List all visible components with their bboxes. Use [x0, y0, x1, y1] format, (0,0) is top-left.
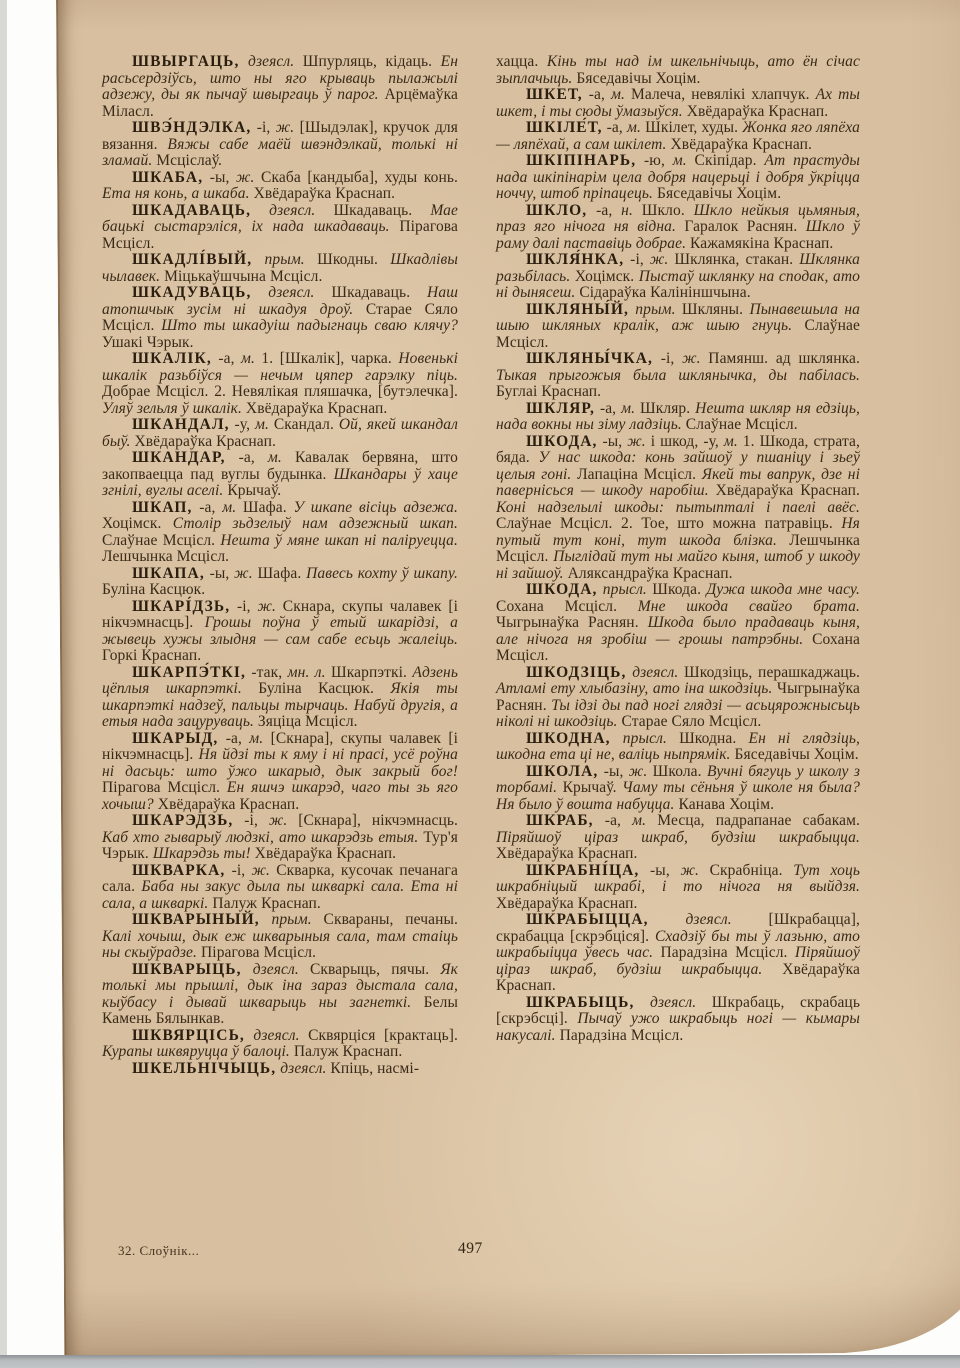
definition-text: Шклянка, стакан.	[668, 251, 799, 268]
definition-text: Шафа.	[236, 499, 293, 516]
definition-text: Шкодны.	[305, 251, 390, 268]
definition-text: Бяседавічы Хоцім.	[731, 746, 859, 763]
definition-text: Старае Сяло Мсцісл.	[618, 713, 762, 730]
definition-text: Гаралок Раснян.	[676, 218, 806, 235]
example-text: Каб хто гыварыў людзкі, ато шкарэдзь еты…	[102, 829, 418, 846]
example-text: Мне шкода свайго брата.	[638, 598, 860, 615]
dictionary-entry: ШКВАРЫЦЬ, дзеясл. Скварыць, пячы. Як тол…	[102, 962, 458, 1028]
definition-text: Хвёдараўка Краснап.	[709, 482, 860, 499]
headword: ШКОЛА,	[526, 763, 598, 780]
definition-text: Хвёдараўка Краснап.	[496, 845, 637, 862]
definition-text: Шкло.	[633, 202, 694, 219]
example-text: м.	[724, 433, 738, 450]
example-text: ж.	[629, 763, 648, 780]
example-text: м.	[249, 730, 263, 747]
definition-text: -ы,	[598, 433, 628, 450]
example-text: ж.	[234, 565, 253, 582]
definition-text: -а,	[193, 499, 223, 516]
example-text: Атламі ету хлыбазіну, ато іна шкодзіць.	[496, 680, 772, 697]
definition-text: Горкі Краснап.	[102, 647, 201, 664]
dictionary-entry: ШКЛЯР, -а, м. Шкляр. Нешта шкляр ня едзі…	[496, 401, 860, 434]
example-text: Коні надзелылі шкоды: пытыпталі і паелі …	[496, 499, 860, 516]
definition-text: Палуж Краснап.	[208, 895, 320, 912]
headword: ШКЛЯ́НКА,	[526, 251, 624, 268]
headword: ШКОДА,	[526, 581, 598, 598]
definition-text: Хвёдараўка Краснап.	[250, 185, 395, 202]
headword: ШКАП,	[132, 499, 193, 516]
dictionary-entry: ШКАДЛІ́ВЫЙ, прым. Шкодны. Шкадлівы чылав…	[102, 252, 458, 285]
definition-text: Ушакі Чэрык.	[102, 334, 194, 351]
definition-text: -ы,	[205, 565, 234, 582]
definition-text: Скварыць, пячы.	[299, 961, 440, 978]
example-text: дзеясл.	[251, 202, 315, 219]
headword: ШКАПА,	[132, 565, 205, 582]
dictionary-entry: ШКАДАВАЦЬ, дзеясл. Шкадаваць. Мае бацькі…	[102, 203, 458, 253]
definition-text: Скандал.	[269, 416, 339, 433]
example-text: м.	[621, 400, 635, 417]
page-content: ШВЫРГАЦЬ, дзеясл. Шпурляць, кідаць. Ен р…	[0, 0, 960, 1368]
definition-text: Шкадаваць.	[315, 202, 430, 219]
definition-text: -ы,	[639, 862, 680, 879]
example-text: Дужа шкода мне часу.	[706, 581, 860, 598]
definition-text: Бяседавічы Хоцім.	[572, 70, 700, 87]
dictionary-entry: ШКРАБНІ́ЦА, -ы, ж. Скрабніца. Тут хоць ш…	[496, 863, 860, 913]
headword: ШКВАРЫНЫЙ,	[132, 911, 260, 928]
definition-text: Месца, падрапанае сабакам.	[646, 812, 860, 829]
example-text: м.	[627, 119, 641, 136]
dictionary-entry: ШКРАБ, -а, м. Месца, падрапанае сабакам.…	[496, 813, 860, 863]
definition-text: Буліна Касцюк.	[242, 680, 390, 697]
definition-text: Хвёдараўка Краснап.	[251, 845, 396, 862]
dictionary-entry: ШКВАРКА, -і, ж. Скварка, кусочак печанаг…	[102, 863, 458, 913]
definition-text: Буліна Касцюк.	[102, 581, 205, 598]
example-text: дзеясл.	[242, 961, 299, 978]
definition-text: Шкляны.	[676, 301, 750, 318]
dictionary-entry: ШКАП, -а, м. Шафа. У шкапе вісіць адзежа…	[102, 500, 458, 566]
example-text: Што ты шкадуіш падыгнаць сваю клячу?	[161, 317, 458, 334]
headword: ШКРАБНІ́ЦА,	[526, 862, 639, 879]
definition-text: Мсціслаў.	[152, 152, 222, 169]
dictionary-entry: ШКІЛЕ́Т, -а, м. Шкілет, худы. Жонка яго …	[496, 120, 860, 153]
example-text: мн. л.	[288, 664, 326, 681]
example-text: дзеясл.	[251, 284, 314, 301]
definition-text: Кпіць, насмі-	[326, 1060, 419, 1077]
headword: ШКАНДАЛ,	[132, 416, 230, 433]
dictionary-entry: ШКОДЗІЦЬ, дзеясл. Шкодзіць, перашкаджаць…	[496, 665, 860, 731]
headword: ШКВЯРЦІСЬ,	[132, 1027, 245, 1044]
headword: ШКРАБЫЦЬ,	[526, 994, 635, 1011]
definition-text: -а,	[595, 400, 621, 417]
definition-text: -і,	[233, 812, 268, 829]
dictionary-entry: ШКАРІ́ДЗЬ, -і, ж. Скнара, скупы чалавек …	[102, 599, 458, 665]
definition-text: Сквярціся [крактаць].	[300, 1027, 458, 1044]
example-text: ж.	[236, 169, 255, 186]
definition-text: -і,	[225, 862, 251, 879]
headword: ШКАРЫД,	[132, 730, 218, 747]
headword: ШКЕЛЬНІЧЫЦЬ,	[132, 1060, 276, 1077]
definition-text: Крычаў.	[557, 779, 622, 796]
definition-text: Памянш. ад шклянка.	[701, 350, 860, 367]
example-text: Уляў зельля ў шкалік.	[102, 400, 242, 417]
left-column: ШВЫРГАЦЬ, дзеясл. Шпурляць, кідаць. Ен р…	[102, 54, 458, 1077]
definition-text: Парадзіна Мсцісл.	[556, 1027, 684, 1044]
headword: ШКЛО,	[526, 202, 587, 219]
dictionary-entry: ШКОДА, -ы, ж. і шкод, -у, м. 1. Шкода, с…	[496, 434, 860, 583]
dictionary-entry: ШКАРЭДЗЬ, -і, ж. [Скнара], нікчэмнасць. …	[102, 813, 458, 863]
dictionary-entry: ШКЛЯ́НКА, -і, ж. Шклянка, стакан. Шклянк…	[496, 252, 860, 302]
definition-text: Пірагова Мсцісл.	[197, 944, 316, 961]
dictionary-entry: ШКЕЛЬНІЧЫЦЬ, дзеясл. Кпіць, насмі-	[102, 1061, 458, 1078]
definition-text: Шкодзіць, перашкаджаць.	[678, 664, 860, 681]
definition-text: -ы,	[598, 763, 628, 780]
headword: ШКЛЯНЫ́Й,	[526, 301, 629, 318]
definition-text: Хвёдараўка Краснап.	[496, 895, 637, 912]
definition-text: -у,	[230, 416, 255, 433]
definition-text: -і,	[653, 350, 682, 367]
definition-text: Кажамякіна Краснап.	[686, 235, 833, 252]
definition-text: Аляксандраўка Краснап.	[564, 565, 733, 582]
definition-text: [Скнара], нікчэмнасць.	[287, 812, 458, 829]
dictionary-entry: ШКАДУВАЦЬ, дзеясл. Шкадаваць. Наш атопшч…	[102, 285, 458, 351]
headword: ШКАРЭДЗЬ,	[132, 812, 233, 829]
definition-text: Хвёдараўка Краснап.	[130, 433, 275, 450]
example-text: дзеясл.	[276, 1060, 326, 1077]
dictionary-entry: ШКРАБЫЦЬ, дзеясл. Шкрабаць, скрабаць [ск…	[496, 995, 860, 1045]
example-text: ж.	[627, 433, 646, 450]
definition-text: Хоцімск.	[570, 268, 638, 285]
example-text: ж.	[257, 598, 276, 615]
definition-text: Пірагова Мсцісл.	[102, 779, 227, 796]
definition-text: Школа.	[647, 763, 707, 780]
definition-text: Буглаі Краснап.	[496, 383, 601, 400]
definition-text: Зяціца Мсцісл.	[254, 713, 358, 730]
definition-text: Малеча, невялікі хлапчук.	[625, 86, 816, 103]
definition-text: Парадзіна Мсцісл.	[653, 944, 795, 961]
definition-text: Шкарпэткі.	[326, 664, 413, 681]
headword: ШКВАРКА,	[132, 862, 225, 879]
definition-text: Сквараны, печаны.	[312, 911, 458, 928]
dictionary-entry: ШКВЯРЦІСЬ, дзеясл. Сквярціся [крактаць].…	[102, 1028, 458, 1061]
dictionary-entry: ШКАНДАЛ, -у, м. Скандал. Ой, якей шканда…	[102, 417, 458, 450]
example-text: прысл.	[611, 730, 667, 747]
definition-text: Хвёдараўка Краснап.	[667, 136, 812, 153]
definition-text: Слаўнае Мсцісл. 2. Тое, што можна патрав…	[496, 515, 841, 532]
headword: ШКАДУВАЦЬ,	[132, 284, 251, 301]
example-text: дзеясл.	[649, 911, 732, 928]
example-text: Курапы шквяруцца ў балоці.	[102, 1043, 290, 1060]
example-text: м.	[255, 416, 269, 433]
definition-text: Добрае Мсцісл. 2. Невялікая пляшачка, [б…	[102, 383, 458, 400]
definition-text: -ю,	[636, 152, 673, 169]
example-text: ж.	[680, 862, 699, 879]
example-text: Тыкая прыгожыя была шклянычка, ды пабіла…	[496, 367, 860, 384]
definition-text: і шкод, -у,	[646, 433, 724, 450]
headword: ШКЛЯР,	[526, 400, 595, 417]
print-signature: 32. Слоўнік...	[118, 1243, 199, 1259]
example-text: дзеясл.	[240, 53, 295, 70]
dictionary-entry: ШКАБА, -ы, ж. Скаба [кандыба], худы конь…	[102, 170, 458, 203]
definition-text: Слаўнае Мсцісл.	[682, 416, 798, 433]
definition-text: Слаўнае Мсцісл.	[102, 532, 220, 549]
dictionary-entry: ШКІПІНАРЬ, -ю, м. Скіпідар. Ат прастуды …	[496, 153, 860, 203]
definition-text: -а,	[218, 730, 249, 747]
right-column: хацца. Кінь ты над ім шкельнічыць, ато ё…	[496, 54, 860, 1044]
example-text: ж.	[269, 812, 288, 829]
definition-text: Лешчынка Мсцісл.	[102, 548, 229, 565]
headword: ШКОДЗІЦЬ,	[526, 664, 627, 681]
dictionary-entry: ШКОДА, прысл. Шкода. Дужа шкода мне часу…	[496, 582, 860, 665]
definition-text: Шкляр.	[635, 400, 695, 417]
example-text: прысл.	[598, 581, 647, 598]
example-text: н.	[621, 202, 633, 219]
headword: ШКІЛЕ́Т,	[526, 119, 603, 136]
definition-text: Скрабніца.	[699, 862, 793, 879]
definition-text: -а,	[603, 119, 627, 136]
example-text: Павесь кохту ў шкапу.	[306, 565, 458, 582]
headword: ШКЛЯНЫ́ЧКА,	[526, 350, 653, 367]
example-text: Піряйшоў ціраз шкраб, будзіш шкрабыцца.	[496, 829, 860, 846]
example-text: м.	[268, 449, 282, 466]
example-text: ж.	[682, 350, 701, 367]
dictionary-entry: ШКАРПЭ́ТКІ, -так, мн. л. Шкарпэткі. Адзе…	[102, 665, 458, 731]
definition-text: Шкілет, худы.	[641, 119, 742, 136]
definition-text: Бяседавічы Хоцім.	[653, 185, 781, 202]
dictionary-entry: ШКАРЫД, -а, м. [Скнара], скупы чалавек […	[102, 731, 458, 814]
dictionary-entry: ШКАНДАР, -а, м. Кавалак бервяна, што зак…	[102, 450, 458, 500]
definition-text: Крычаў.	[223, 482, 281, 499]
example-text: м.	[241, 350, 255, 367]
dictionary-entry: ШКОДНА, прысл. Шкодна. Ен ні глядзіць, ш…	[496, 731, 860, 764]
definition-text: -і,	[230, 598, 257, 615]
headword: ШВЫРГАЦЬ,	[132, 53, 240, 70]
definition-text: Чыгрынаўка Раснян.	[496, 614, 648, 631]
example-text: м.	[673, 152, 687, 169]
example-text: м.	[222, 499, 236, 516]
example-text: м.	[632, 812, 646, 829]
example-text: дзеясл.	[635, 994, 697, 1011]
headword: ШКАДАВАЦЬ,	[132, 202, 251, 219]
headword: ШКАЛІК,	[132, 350, 212, 367]
headword: ШКАНДАР,	[132, 449, 226, 466]
dictionary-entry: ШКОЛА, -ы, ж. Школа. Вучні бягуць у школ…	[496, 764, 860, 814]
definition-text: 1. [Шкалік], чарка.	[255, 350, 398, 367]
example-text: Ета ня конь, а шкаба.	[102, 185, 250, 202]
headword: ШКОДНА,	[526, 730, 611, 747]
definition-text: Шафа.	[253, 565, 306, 582]
dictionary-entry: ШВЭ́НДЭЛКА, -і, ж. [Шыдэлак], кручок для…	[102, 120, 458, 170]
example-text: ж.	[650, 251, 669, 268]
definition-text: Хвёдараўка Краснап.	[154, 796, 299, 813]
definition-text: -і,	[624, 251, 650, 268]
dictionary-entry: ШКЛЯНЫ́Й, прым. Шкляны. Пынавешыла на шы…	[496, 302, 860, 352]
example-text: прым.	[260, 911, 312, 928]
definition-text: -так,	[246, 664, 288, 681]
definition-text: -а,	[587, 202, 621, 219]
definition-text: Хвёдараўка Краснап.	[683, 103, 828, 120]
example-text: Шкарэдзь ты!	[153, 845, 251, 862]
dictionary-entry: ШКАПА, -ы, ж. Шафа. Павесь кохту ў шкапу…	[102, 566, 458, 599]
headword: ШКАРПЭ́ТКІ,	[132, 664, 246, 681]
definition-text: Скаба [кандыба], худы конь.	[255, 169, 459, 186]
definition-text: -і,	[251, 119, 275, 136]
example-text: Нешта ў мяне шкап ні паліруецца.	[220, 532, 458, 549]
example-text: дзеясл.	[245, 1027, 300, 1044]
definition-text: Шкода.	[647, 581, 707, 598]
definition-text: Міцькаўшчына Мсцісл.	[160, 268, 322, 285]
definition-text: Хоцімск.	[102, 515, 173, 532]
definition-text: Палуж Краснап.	[290, 1043, 402, 1060]
dictionary-entry: ШКАЛІК, -а, м. 1. [Шкалік], чарка. Новен…	[102, 351, 458, 417]
headword: ШКРАБ,	[526, 812, 594, 829]
dictionary-entry: ШВЫРГАЦЬ, дзеясл. Шпурляць, кідаць. Ен р…	[102, 54, 458, 120]
headword: ШВЭ́НДЭЛКА,	[132, 119, 251, 136]
example-text: прым.	[629, 301, 676, 318]
definition-text: -а,	[212, 350, 241, 367]
scanner-bottom-bar	[0, 1355, 960, 1368]
dictionary-entry: хацца. Кінь ты над ім шкельнічыць, ато ё…	[496, 54, 860, 87]
dictionary-entry: ШКЕТ, -а, м. Малеча, невялікі хлапчук. А…	[496, 87, 860, 120]
definition-text: Скіпідар.	[687, 152, 765, 169]
headword: ШКОДА,	[526, 433, 598, 450]
headword: ШКАРІ́ДЗЬ,	[132, 598, 230, 615]
example-text: Столір зьдзелыў нам адзежный шкап.	[173, 515, 458, 532]
definition-text: -а,	[226, 449, 268, 466]
definition-text: Сохана Мсцісл.	[496, 598, 638, 615]
headword: ШКРАБЫЦЦА,	[526, 911, 649, 928]
dictionary-entry: ШКРАБЫЦЦА, дзеясл. [Шкрабацца], скрабацц…	[496, 912, 860, 995]
definition-text: Шкодна.	[667, 730, 749, 747]
headword: ШКВАРЫЦЬ,	[132, 961, 242, 978]
definition-text: Хвёдараўка Краснап.	[242, 400, 387, 417]
example-text: ж.	[252, 862, 271, 879]
headword: ШКЕТ,	[526, 86, 583, 103]
dictionary-entry: ШКЛЯНЫ́ЧКА, -і, ж. Памянш. ад шклянка. Т…	[496, 351, 860, 401]
definition-text: -ы,	[203, 169, 236, 186]
headword: ШКІПІНАРЬ,	[526, 152, 636, 169]
definition-text: Шкадаваць.	[314, 284, 427, 301]
example-text: м.	[611, 86, 625, 103]
definition-text: хацца.	[496, 53, 547, 70]
example-text: У шкапе вісіць адзежа.	[294, 499, 459, 516]
dictionary-entry: ШКЛО, -а, н. Шкло. Шкло нейкыя цьмяныя, …	[496, 203, 860, 253]
example-text: ж.	[276, 119, 295, 136]
definition-text: Сідараўка Калініншчына.	[575, 284, 750, 301]
dictionary-entry: ШКВАРЫНЫЙ, прым. Сквараны, печаны. Калі …	[102, 912, 458, 962]
example-text: прым.	[252, 251, 305, 268]
definition-text: -а,	[583, 86, 611, 103]
headword: ШКАБА,	[132, 169, 203, 186]
page-number: 497	[458, 1240, 483, 1258]
definition-text: -а,	[594, 812, 633, 829]
headword: ШКАДЛІ́ВЫЙ,	[132, 251, 252, 268]
definition-text: Шпурляць, кідаць.	[294, 53, 440, 70]
definition-text: Лапаціна Мсцісл.	[571, 466, 701, 483]
definition-text: Канава Хоцім.	[675, 796, 775, 813]
example-text: дзеясл.	[627, 664, 679, 681]
